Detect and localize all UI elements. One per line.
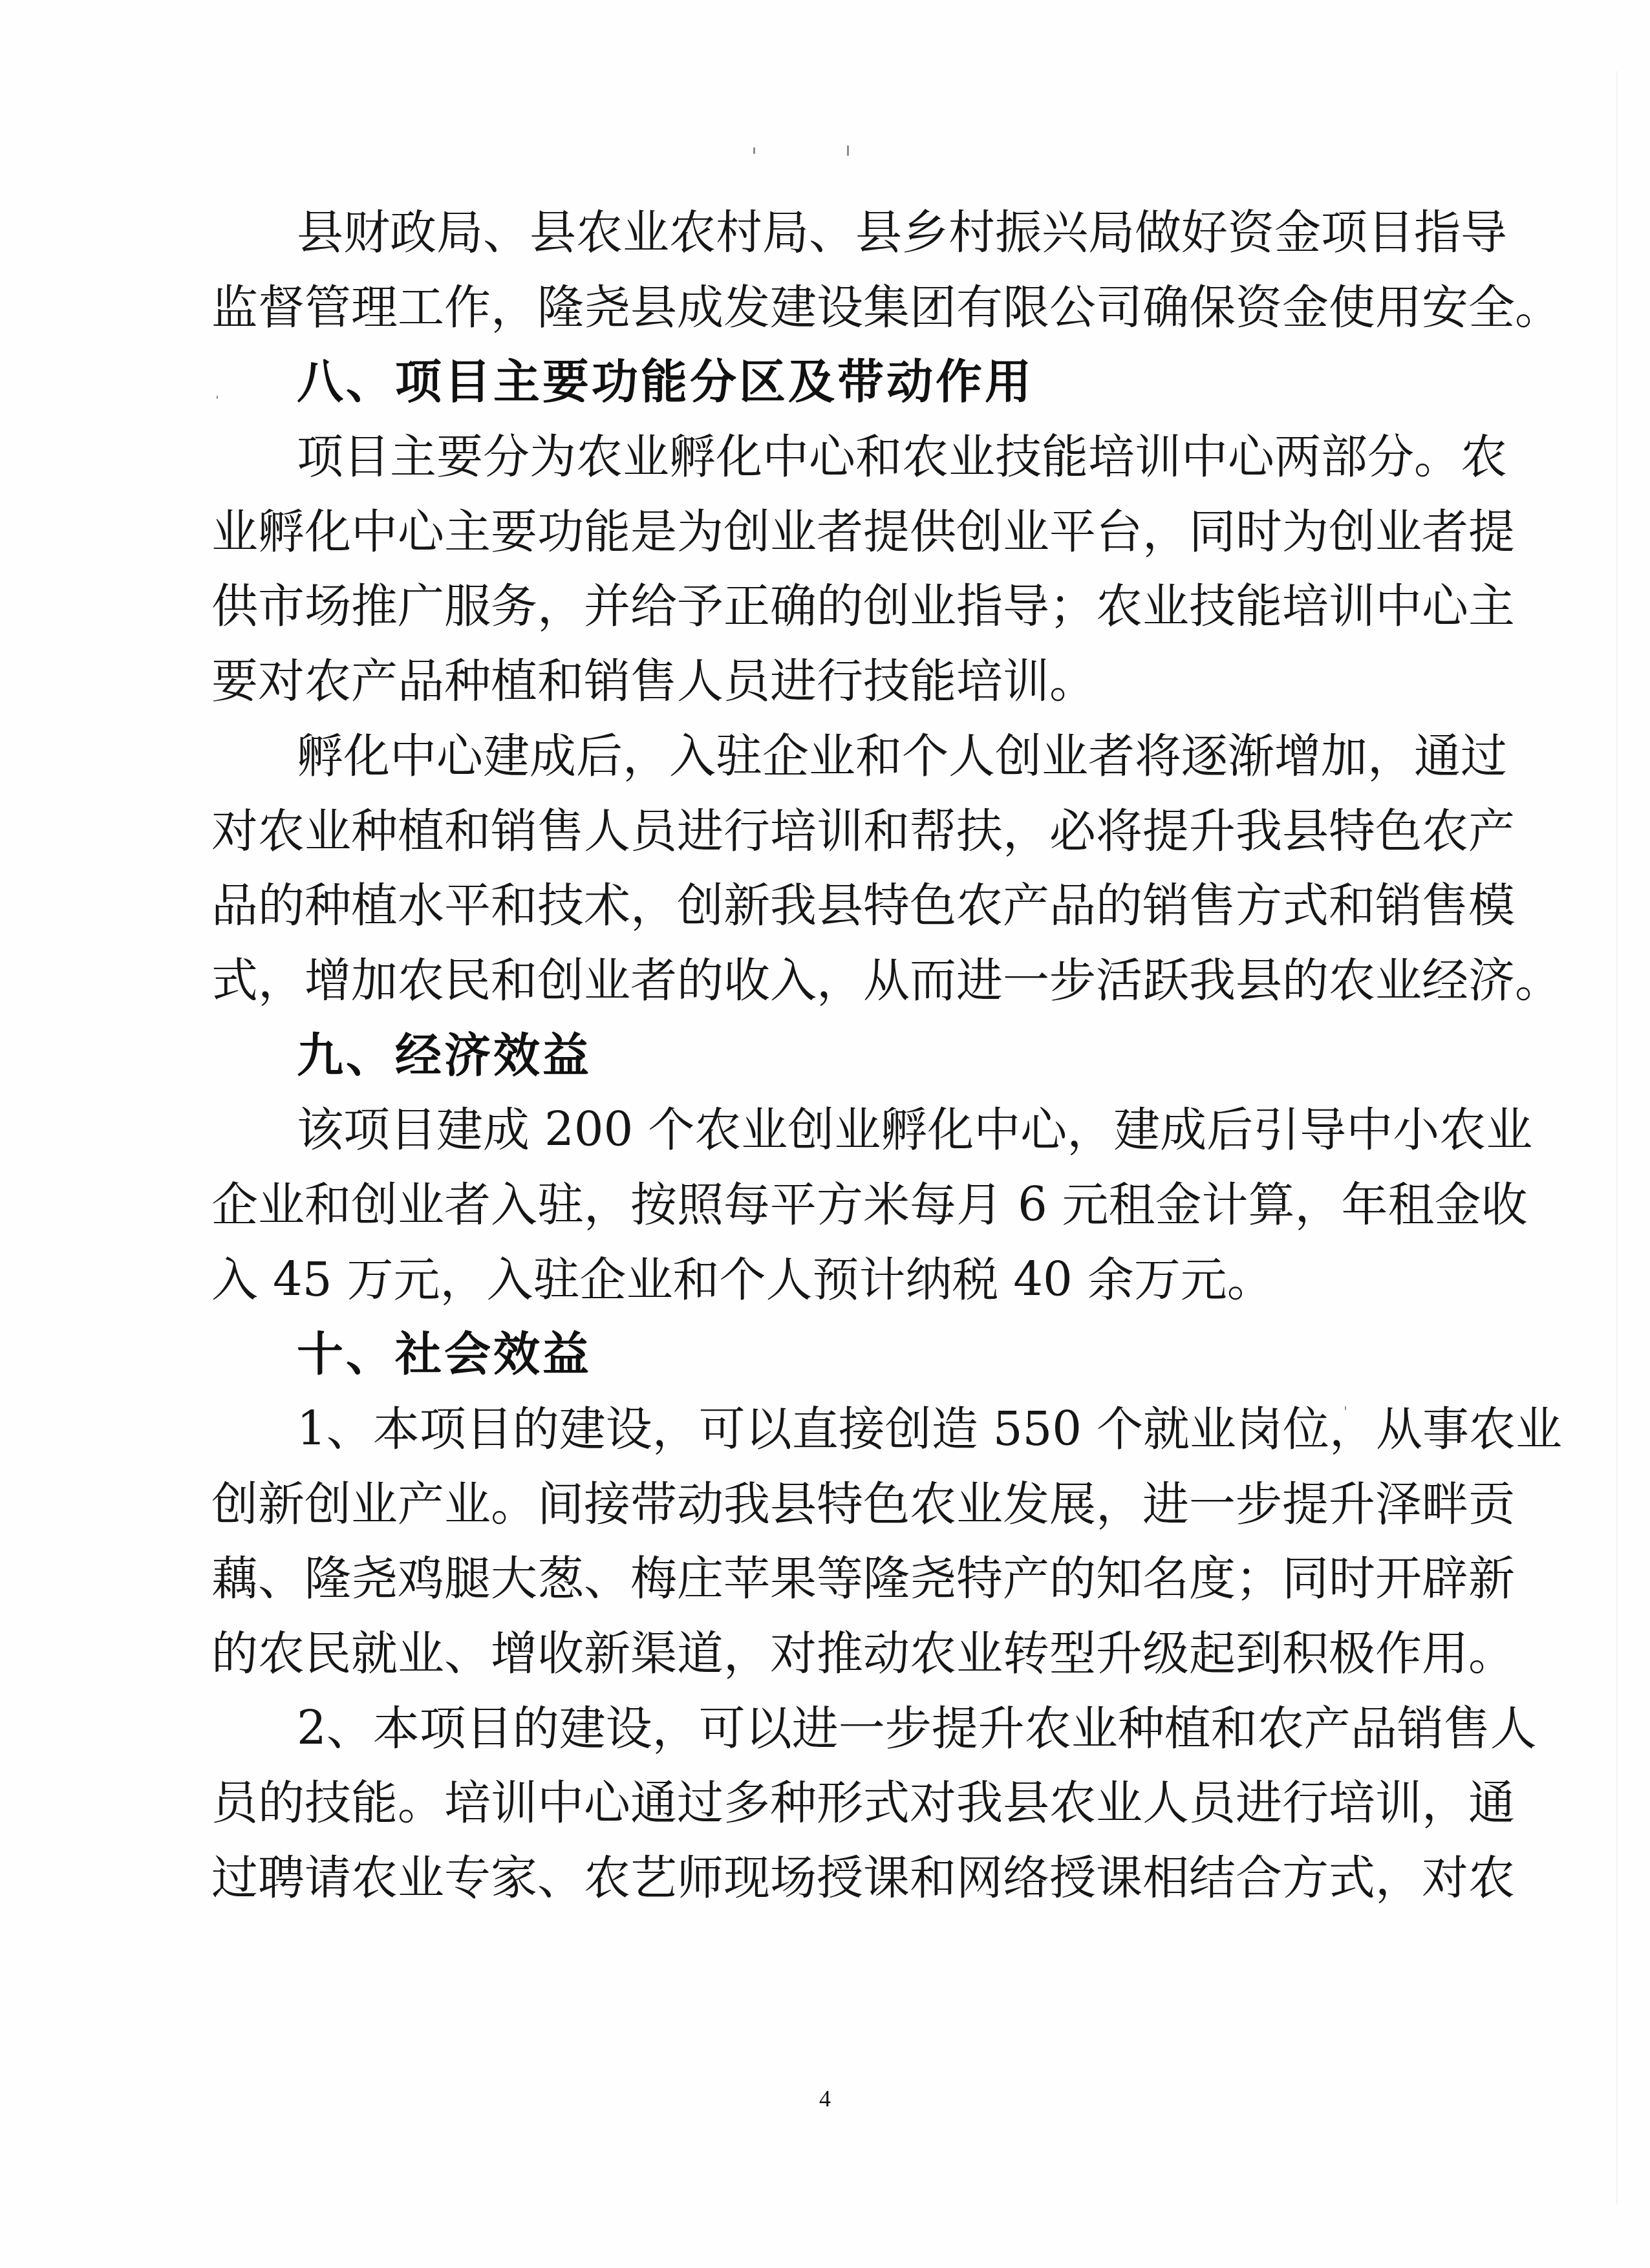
- text-line: 对农业种植和销售人员进行培训和帮扶，必将提升我县特色农产: [211, 794, 1415, 869]
- text-line: 监督管理工作，隆尧县成发建设集团有限公司确保资金使用安全。: [211, 270, 1415, 345]
- page-number: 4: [0, 2085, 1650, 2112]
- text-line: 2、本项目的建设，可以进一步提升农业种植和农产品销售人: [211, 1691, 1415, 1766]
- text-line: 企业和创业者入驻，按照每平方米每月 6 元租金计算，年租金收: [211, 1168, 1415, 1243]
- text-line: 入 45 万元，入驻企业和个人预计纳税 40 余万元。: [211, 1243, 1415, 1318]
- text-line: 藕、隆尧鸡腿大葱、梅庄苹果等隆尧特产的知名度；同时开辟新: [211, 1541, 1415, 1616]
- text-line: 要对农产品种植和销售人员进行技能培训。: [211, 644, 1415, 719]
- text-line: 1、本项目的建设，可以直接创造 550 个就业岗位，从事农业: [211, 1392, 1415, 1467]
- text-line: 供市场推广服务，并给予正确的创业指导；农业技能培训中心主: [211, 569, 1415, 644]
- scan-edge-line: [1616, 71, 1618, 2205]
- document-body: 县财政局、县农业农村局、县乡村振兴局做好资金项目指导 监督管理工作，隆尧县成发建…: [211, 195, 1415, 1916]
- text-line: 过聘请农业专家、农艺师现场授课和网络授课相结合方式，对农: [211, 1841, 1415, 1916]
- text-line: 品的种植水平和技术，创新我县特色农产品的销售方式和销售模: [211, 868, 1415, 943]
- text-line: 创新创业产业。间接带动我县特色农业发展，进一步提升泽畔贡: [211, 1467, 1415, 1542]
- section-heading-9: 九、经济效益: [211, 1018, 1415, 1093]
- document-page: 县财政局、县农业农村局、县乡村振兴局做好资金项目指导 监督管理工作，隆尧县成发建…: [0, 0, 1650, 2268]
- section-heading-10: 十、社会效益: [211, 1317, 1415, 1392]
- text-line: 县财政局、县农业农村局、县乡村振兴局做好资金项目指导: [211, 195, 1415, 270]
- scan-speck: [753, 147, 755, 154]
- text-line: 该项目建成 200 个农业创业孵化中心，建成后引导中小农业: [211, 1093, 1415, 1168]
- scan-speck: [847, 145, 849, 156]
- text-line: 员的技能。培训中心通过多种形式对我县农业人员进行培训，通: [211, 1766, 1415, 1841]
- text-line: 式，增加农民和创业者的收入，从而进一步活跃我县的农业经济。: [211, 943, 1415, 1018]
- section-heading-8: 八、项目主要功能分区及带动作用: [211, 345, 1415, 420]
- text-line: 项目主要分为农业孵化中心和农业技能培训中心两部分。农: [211, 420, 1415, 495]
- text-line: 的农民就业、增收新渠道，对推动农业转型升级起到积极作用。: [211, 1616, 1415, 1691]
- text-line: 孵化中心建成后，入驻企业和个人创业者将逐渐增加，通过: [211, 719, 1415, 794]
- text-line: 业孵化中心主要功能是为创业者提供创业平台，同时为创业者提: [211, 495, 1415, 570]
